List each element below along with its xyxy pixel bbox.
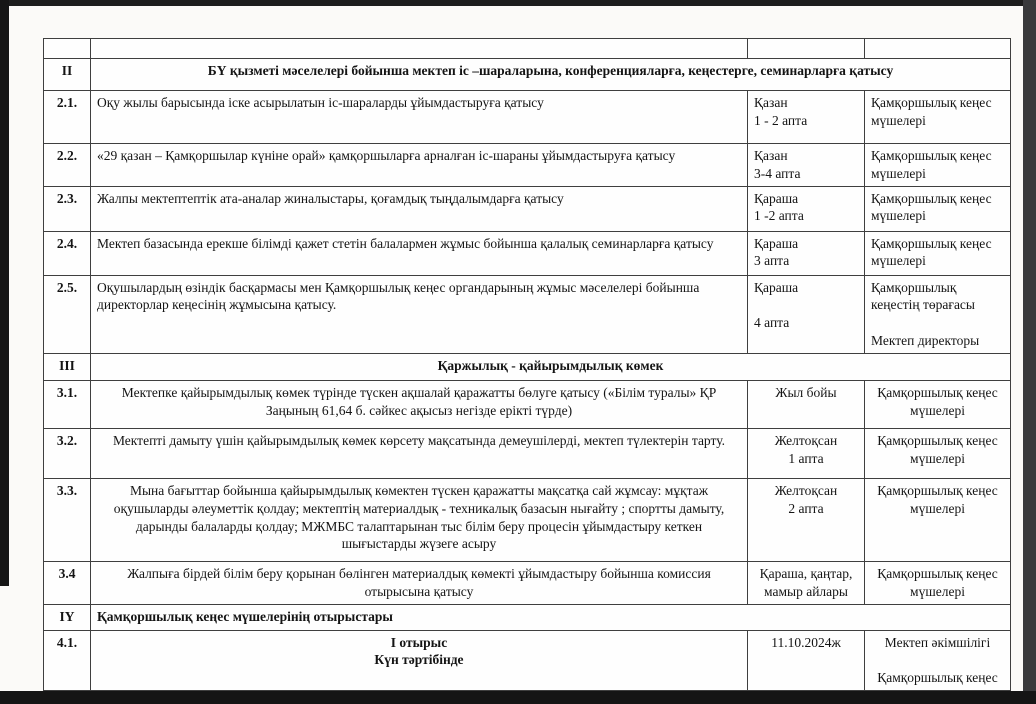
section-title: Қамқоршылық кеңес мүшелерінің отырыстары: [91, 604, 1011, 630]
time-cell: Желтоқсан 2 апта: [748, 478, 865, 561]
time-cell: Қараша 1 -2 апта: [748, 186, 865, 231]
table-row: 3.4 Жалпыға бірдей білім беру қорынан бө…: [44, 561, 1011, 604]
scanned-page: ІІ БҮ қызметі мәселелері бойынша мектеп …: [0, 0, 1036, 704]
activity-cell: [91, 39, 748, 59]
responsible-cell: Қамқоршылық кеңес мүшелері: [865, 144, 1011, 187]
responsible-cell: Қамқоршылық кеңес мүшелері: [865, 91, 1011, 144]
section-row: ІІІ Қаржылық - қайырымдылық көмек: [44, 353, 1011, 380]
row-number: 3.1.: [44, 380, 91, 428]
section-number: ІY: [44, 604, 91, 630]
table-row: 3.2. Мектепті дамыту үшін қайырымдылық к…: [44, 428, 1011, 478]
table-row: 2.1. Оқу жылы барысында іске асырылатын …: [44, 91, 1011, 144]
responsible-cell: Қамқоршылық кеңес мүшелері: [865, 428, 1011, 478]
responsible-cell: Қамқоршылық кеңестің төрағасы Мектеп дир…: [865, 275, 1011, 353]
responsible-cell: Қамқоршылық кеңес мүшелері: [865, 561, 1011, 604]
responsible-cell: Қамқоршылық кеңес мүшелері: [865, 186, 1011, 231]
section-row: ІІ БҮ қызметі мәселелері бойынша мектеп …: [44, 59, 1011, 91]
time-cell: 11.10.2024ж: [748, 630, 865, 690]
activity-cell: «29 қазан – Қамқоршылар күніне орай» қам…: [91, 144, 748, 187]
row-number: 2.5.: [44, 275, 91, 353]
responsible-cell: Қамқоршылық кеңес мүшелері: [865, 380, 1011, 428]
activity-cell: Мектепке қайырымдылық көмек түрінде түск…: [91, 380, 748, 428]
section-title: Қаржылық - қайырымдылық көмек: [91, 353, 1011, 380]
time-cell: [748, 39, 865, 59]
table-row: 2.5. Оқушылардың өзіндік басқармасы мен …: [44, 275, 1011, 353]
activity-cell: Мына бағыттар бойынша қайырымдылық көмек…: [91, 478, 748, 561]
time-cell: Желтоқсан 1 апта: [748, 428, 865, 478]
table-row: 2.4. Мектеп базасында ерекше білімді қаж…: [44, 231, 1011, 275]
row-number: 2.4.: [44, 231, 91, 275]
time-cell: Жыл бойы: [748, 380, 865, 428]
section-number: ІІІ: [44, 353, 91, 380]
time-cell: Қараша, қаңтар, мамыр айлары: [748, 561, 865, 604]
table-row: [44, 39, 1011, 59]
row-number: 3.4: [44, 561, 91, 604]
section-number: ІІ: [44, 59, 91, 91]
activity-cell: Оқушылардың өзіндік басқармасы мен Қамқо…: [91, 275, 748, 353]
table-row: 2.3. Жалпы мектептептік ата-аналар жинал…: [44, 186, 1011, 231]
row-number: [44, 39, 91, 59]
row-number: 2.1.: [44, 91, 91, 144]
section-title: БҮ қызметі мәселелері бойынша мектеп іс …: [91, 59, 1011, 91]
responsible-cell: Мектеп әкімшілігі Қамқоршылық кеңес: [865, 630, 1011, 690]
row-number: 3.3.: [44, 478, 91, 561]
table-row: 3.1. Мектепке қайырымдылық көмек түрінде…: [44, 380, 1011, 428]
activity-cell: Мектепті дамыту үшін қайырымдылық көмек …: [91, 428, 748, 478]
scan-edge-right: [1023, 0, 1036, 696]
time-cell: Қараша 3 апта: [748, 231, 865, 275]
section-row: ІY Қамқоршылық кеңес мүшелерінің отырыст…: [44, 604, 1011, 630]
responsible-cell: Қамқоршылық кеңес мүшелері: [865, 478, 1011, 561]
table-row: 2.2. «29 қазан – Қамқоршылар күніне орай…: [44, 144, 1011, 187]
time-cell: Қазан 3-4 апта: [748, 144, 865, 187]
activity-cell: Жалпыға бірдей білім беру қорынан бөлінг…: [91, 561, 748, 604]
activity-cell: Оқу жылы барысында іске асырылатын іс-ша…: [91, 91, 748, 144]
plan-table: ІІ БҮ қызметі мәселелері бойынша мектеп …: [43, 38, 1011, 691]
activity-cell: І отырыс Күн тәртібінде: [91, 630, 748, 690]
activity-cell: Мектеп базасында ерекше білімді қажет ст…: [91, 231, 748, 275]
scan-edge-left: [0, 0, 9, 586]
row-number: 4.1.: [44, 630, 91, 690]
responsible-cell: [865, 39, 1011, 59]
row-number: 2.3.: [44, 186, 91, 231]
activity-cell: Жалпы мектептептік ата-аналар жиналыстар…: [91, 186, 748, 231]
table-row: 3.3. Мына бағыттар бойынша қайырымдылық …: [44, 478, 1011, 561]
row-number: 2.2.: [44, 144, 91, 187]
time-cell: Қараша 4 апта: [748, 275, 865, 353]
row-number: 3.2.: [44, 428, 91, 478]
table-row: 4.1. І отырыс Күн тәртібінде 11.10.2024ж…: [44, 630, 1011, 690]
scan-edge-top: [0, 0, 1036, 6]
scan-edge-bottom: [0, 691, 1036, 704]
responsible-cell: Қамқоршылық кеңес мүшелері: [865, 231, 1011, 275]
time-cell: Қазан 1 - 2 апта: [748, 91, 865, 144]
